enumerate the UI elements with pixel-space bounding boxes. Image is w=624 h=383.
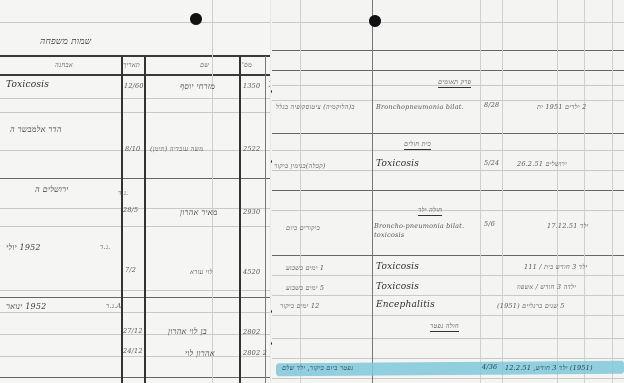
row4-date: 7/2 xyxy=(125,266,136,274)
column-divider xyxy=(502,0,503,383)
rule-line xyxy=(272,275,624,276)
header-number: מס' xyxy=(242,61,252,69)
rule-line xyxy=(0,356,272,357)
rule-line xyxy=(272,50,624,51)
rule-line xyxy=(272,170,624,171)
entry4-row3-left: 12 ימים ביקור xyxy=(280,302,320,310)
row5-number: 2802 xyxy=(243,328,260,336)
row1-diagnosis: Toxicosis xyxy=(6,80,49,90)
entry1-date: 8/28 xyxy=(484,101,499,109)
entry1-title: פרק תאומים xyxy=(438,78,471,88)
entry4-row3-right: 5 שנים ברגליים (1951) xyxy=(497,302,565,310)
entry4-row1-right: ילד 3 חודש בית / 111 xyxy=(524,263,587,271)
entry3-date: 5/6 xyxy=(484,220,495,228)
row2-date: 8/10 xyxy=(125,145,140,153)
entry2-date: 5/24 xyxy=(484,159,499,167)
row3-note: ג.ד. xyxy=(118,189,128,197)
entry2-diagnosis: Toxicosis xyxy=(376,159,419,169)
row-separator xyxy=(0,178,272,179)
rule-line xyxy=(272,358,624,359)
entry4-row3-diagnosis: Encephalitis xyxy=(376,300,435,310)
row4-number: 4520 xyxy=(243,268,260,276)
highlighted-right-text: (1951) ילד 3 חודש, 12.2.51 xyxy=(505,364,593,372)
column-divider xyxy=(212,0,213,383)
column-divider xyxy=(144,56,146,383)
rule-line xyxy=(272,22,624,23)
row6-name: אהרון לוי xyxy=(185,349,215,358)
entry4-closing-note: חולה נפטר xyxy=(430,322,459,332)
entry3-left-text: ביקורים ביום xyxy=(286,224,320,232)
rule-line xyxy=(272,338,624,339)
highlighted-date: 4/36 xyxy=(482,363,497,371)
rule-line xyxy=(0,290,272,291)
row6-number: 2802 2 xyxy=(243,349,267,357)
rule-line xyxy=(0,112,272,113)
row2-diagnosis: הדר אלמבשר ה xyxy=(10,125,62,134)
right-ledger-page: פרק תאומים ב(הלוקמיה) ציטוסקופיה בגלל Br… xyxy=(272,0,624,383)
rule-line xyxy=(272,133,624,134)
column-divider xyxy=(480,0,481,383)
highlighted-left-text: נפטר ביום ביקור, ילד שלם xyxy=(282,364,353,372)
column-divider xyxy=(372,0,373,383)
entry4-row1-diagnosis: Toxicosis xyxy=(376,262,419,272)
rule-line xyxy=(0,22,272,23)
rule-line xyxy=(0,98,272,99)
entry3-diagnosis: Broncho-pneumonia bilat. toxicosis xyxy=(374,222,474,240)
entry2-title: בית חולים xyxy=(404,140,431,150)
column-divider xyxy=(557,0,558,383)
row6-date: 24/12 xyxy=(123,347,143,355)
column-divider xyxy=(239,56,241,383)
punch-hole xyxy=(369,15,381,27)
row2-name: משה עובדיה (תימן) xyxy=(150,145,203,153)
row4-note: ג.ד. xyxy=(100,243,110,251)
header-name: שם xyxy=(200,61,209,69)
rule-line xyxy=(272,70,624,71)
entry4-row2-right: ילדה 3 חודש / אשפוז xyxy=(517,283,576,291)
rule-line xyxy=(272,150,624,151)
entry4-row2-left: 5 ימים בשבוע xyxy=(286,284,324,292)
top-note: שמות משפחה xyxy=(40,36,91,47)
rule-line xyxy=(272,100,624,101)
row2-number: 2522 xyxy=(243,145,260,153)
entry4-row2-diagnosis: Toxicosis xyxy=(376,282,419,292)
row5-date: 27/12 xyxy=(123,327,143,335)
row5-diagnosis: 1952 ינואר xyxy=(6,302,46,311)
row3-diagnosis: ירושלים ה xyxy=(35,185,69,194)
column-divider xyxy=(612,0,613,383)
column-divider xyxy=(300,0,301,383)
header-diagnosis: אבחנה xyxy=(55,61,73,69)
row4-diagnosis: 1952 יולי xyxy=(6,243,41,252)
entry2-left-text: (קבלה)בנימין ביקור xyxy=(274,162,326,170)
left-ledger-page: שמות משפחה אבחנה תאריך שם מס' Toxicosis … xyxy=(0,0,272,383)
entry3-title: חולה ילד xyxy=(418,206,442,216)
rule-line xyxy=(272,255,624,256)
header-date: תאריך xyxy=(123,61,140,69)
column-divider xyxy=(265,56,266,383)
entry3-right-text: ילד 17.12.51 xyxy=(547,222,589,230)
row3-number: 2930 xyxy=(243,208,260,216)
row3-name: מאיר אהרון xyxy=(180,208,218,217)
entry1-left-text: ב(הלוקמיה) ציטוסקופיה בגלל xyxy=(276,103,355,111)
rule-line xyxy=(272,190,624,191)
row5-note: ג.ד.A xyxy=(106,302,121,310)
entry4-row1-left: 1 ימים בשבוע xyxy=(286,264,324,272)
row4-name: לוי עזרא xyxy=(190,268,213,276)
rule-line xyxy=(272,210,624,211)
row-separator xyxy=(0,377,272,378)
rule-line xyxy=(0,226,272,227)
row1-date: 12/60 xyxy=(124,82,144,90)
row1-number: 1350 xyxy=(243,82,260,90)
entry1-diagnosis: Bronchopneumonia bilat. xyxy=(376,103,464,111)
row1-name: מזרחי יוסף xyxy=(180,82,215,91)
rule-line xyxy=(272,378,624,379)
header-bottom-rule xyxy=(0,74,272,76)
row3-date: 28/5 xyxy=(123,206,138,214)
rule-line xyxy=(272,315,624,316)
rule-line xyxy=(272,295,624,296)
entry2-right-text: ירושלים 26.2.51 xyxy=(517,160,567,168)
punch-hole xyxy=(190,13,202,25)
entry1-right-text: 2 ילדים 1951 ית xyxy=(537,103,586,111)
column-divider xyxy=(584,0,585,383)
row5-name: בן לוי אהרון xyxy=(168,327,207,336)
header-top-rule xyxy=(0,55,272,57)
rule-line xyxy=(0,312,272,313)
row-separator xyxy=(0,297,272,298)
